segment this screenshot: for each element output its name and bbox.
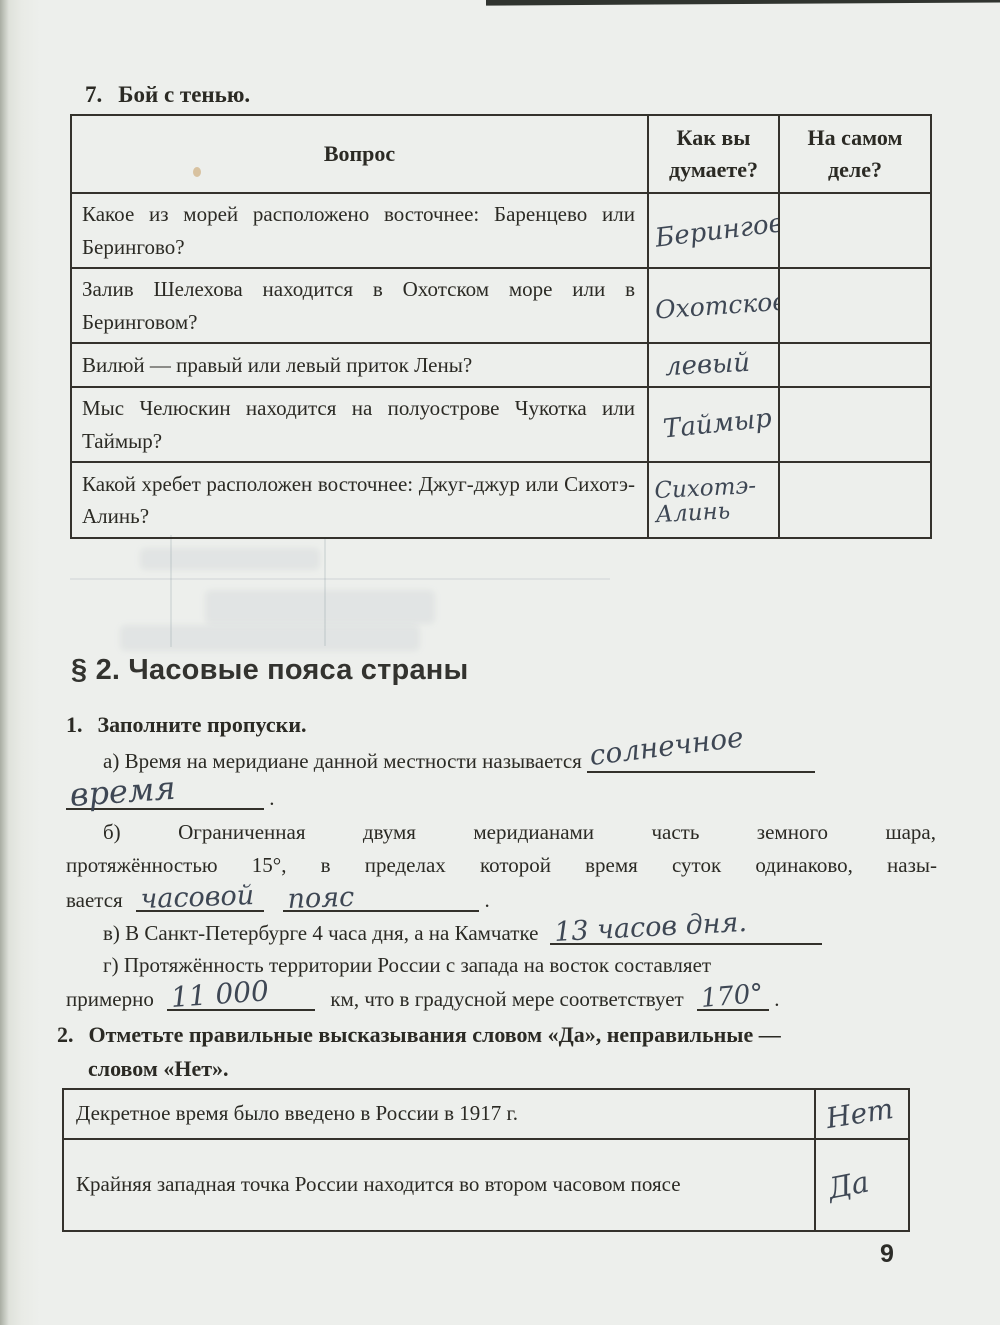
handwritten-answer: Берингово xyxy=(654,208,779,253)
fill-in-b-line3: вается часовой пояс . xyxy=(66,888,490,913)
task2-heading-line1: 2.Отметьте правильные высказывания слово… xyxy=(57,1022,781,1048)
task1-heading: 1.Заполните пропуски. xyxy=(66,712,307,738)
fill-in-g-line2: примерно 11 000 км, что в градусной мере… xyxy=(66,987,779,1012)
task1-number: 1. xyxy=(66,712,83,737)
you-think-answer-cell[interactable]: Берингово xyxy=(648,193,779,268)
bleed-through-line xyxy=(70,578,610,580)
handwritten-fill: 11 000 xyxy=(170,977,270,1012)
handwritten-fill: часовой xyxy=(140,882,255,913)
fill-in-a-prefix: а) Время на меридиане данной местности н… xyxy=(103,749,582,773)
blank-v[interactable]: 13 часов дня. xyxy=(550,922,822,945)
column-header-you-think: Как вы думаете? xyxy=(648,115,779,193)
task2-title-line1: Отметьте правильные высказывания словом … xyxy=(89,1022,781,1047)
fill-in-v-prefix: в) В Санкт-Петербурге 4 часа дня, а на К… xyxy=(103,921,538,945)
column-header-in-fact: На самом деле? xyxy=(779,115,931,193)
bleed-through-line xyxy=(324,538,326,646)
question-cell: Мыс Челюскин находится на полуострове Чу… xyxy=(71,387,648,462)
question-cell: Какое из морей расположено восточнее: Ба… xyxy=(71,193,648,268)
blank-a-continued[interactable]: время xyxy=(66,787,264,810)
table-row: Крайняя западная точка России находится … xyxy=(63,1139,909,1231)
blank-g1[interactable]: 11 000 xyxy=(167,988,315,1011)
you-think-answer-cell[interactable]: Охотское xyxy=(648,268,779,343)
table-row: Какое из морей расположено восточнее: Ба… xyxy=(71,193,931,268)
table-row: Мыс Челюскин находится на полуострове Чу… xyxy=(71,387,931,462)
task1-title: Заполните пропуски. xyxy=(98,712,307,737)
yes-no-answer-cell[interactable]: Нет xyxy=(815,1089,909,1139)
section-2-title: § 2. Часовые пояса страны xyxy=(71,654,468,687)
you-think-answer-cell[interactable]: Сихотэ-Алинь xyxy=(648,462,779,538)
in-fact-answer-cell[interactable] xyxy=(779,387,931,462)
question-cell: Какой хребет расположен восточнее: Джуг-… xyxy=(71,462,648,538)
blank-b1[interactable]: часовой xyxy=(136,889,264,912)
task7-title-text: Бой с тенью. xyxy=(118,82,250,107)
blank-a[interactable]: солнечное xyxy=(587,750,815,773)
bleed-through-smudge xyxy=(205,590,435,624)
fill-in-b-line1: б) Ограниченная двумя меридианами часть … xyxy=(103,820,936,845)
table-row: Какой хребет расположен восточнее: Джуг-… xyxy=(71,462,931,538)
handwritten-answer: Да xyxy=(826,1167,872,1203)
task2-number: 2. xyxy=(57,1022,74,1047)
fill-in-v-line: в) В Санкт-Петербурге 4 часа дня, а на К… xyxy=(103,921,822,946)
fill-in-a-line1: а) Время на меридиане данной местности н… xyxy=(103,749,815,774)
page-edge-shadow xyxy=(0,0,40,1325)
in-fact-answer-cell[interactable] xyxy=(779,462,931,538)
handwritten-answer: Таймыр xyxy=(662,405,773,444)
bleed-through-line xyxy=(170,535,172,647)
handwritten-answer: Нет xyxy=(824,1095,895,1133)
in-fact-answer-cell[interactable] xyxy=(779,343,931,387)
task7-title: 7.Бой с тенью. xyxy=(85,82,250,108)
fill-in-a-period: . xyxy=(269,786,274,810)
handwritten-fill: время xyxy=(69,772,177,811)
you-think-answer-cell[interactable]: левый xyxy=(648,343,779,387)
statement-cell: Крайняя западная точка России находится … xyxy=(63,1139,815,1231)
fill-in-a-line2: время . xyxy=(66,786,275,811)
page-number: 9 xyxy=(880,1240,894,1269)
in-fact-answer-cell[interactable] xyxy=(779,193,931,268)
yes-no-answer-cell[interactable]: Да xyxy=(815,1139,909,1231)
table-header-row: Вопрос Как вы думаете? На самом деле? xyxy=(71,115,931,193)
bleed-through-smudge xyxy=(140,548,320,570)
handwritten-answer: левый xyxy=(664,349,750,381)
question-cell: Залив Шелехова находится в Охотском море… xyxy=(71,268,648,343)
task7-number: 7. xyxy=(85,82,102,107)
fill-in-g-prefix: примерно xyxy=(66,987,154,1011)
table-row: Декретное время было введено в России в … xyxy=(63,1089,909,1139)
statement-cell: Декретное время было введено в России в … xyxy=(63,1089,815,1139)
yes-no-table: Декретное время было введено в России в … xyxy=(62,1088,910,1232)
workbook-page: 7.Бой с тенью. Вопрос Как вы думаете? На… xyxy=(0,0,1000,1325)
fill-in-b-prefix: вается xyxy=(66,888,123,912)
column-header-question: Вопрос xyxy=(71,115,648,193)
handwritten-fill: пояс xyxy=(287,884,355,913)
fill-in-b-period: . xyxy=(484,888,489,912)
task2-heading-line2: словом «Нет». xyxy=(88,1056,229,1082)
handwritten-answer: Сихотэ-Алинь xyxy=(654,473,777,528)
in-fact-answer-cell[interactable] xyxy=(779,268,931,343)
bleed-through-smudge xyxy=(120,625,420,651)
table-row: Вилюй — правый или левый приток Лены? ле… xyxy=(71,343,931,387)
shadow-boxing-table: Вопрос Как вы думаете? На самом деле? Ка… xyxy=(70,114,932,539)
handwritten-fill: 13 часов дня. xyxy=(553,909,747,946)
blank-g2[interactable]: 170° xyxy=(697,988,769,1011)
table-row: Залив Шелехова находится в Охотском море… xyxy=(71,268,931,343)
fill-in-g-mid: км, что в градусной мере соответствует xyxy=(330,987,683,1011)
handwritten-answer: Охотское xyxy=(654,288,779,323)
blank-b2[interactable]: пояс xyxy=(283,889,479,912)
fill-in-g-line1: г) Протяжённость территории России с зап… xyxy=(103,953,711,978)
question-cell: Вилюй — правый или левый приток Лены? xyxy=(71,343,648,387)
fill-in-g-period: . xyxy=(774,987,779,1011)
handwritten-fill: солнечное xyxy=(588,723,745,770)
handwritten-fill: 170° xyxy=(700,981,765,1012)
fill-in-b-line2: протяжённостью 15°, в пределах которой в… xyxy=(66,853,937,878)
scan-top-strip xyxy=(486,0,1000,6)
you-think-answer-cell[interactable]: Таймыр xyxy=(648,387,779,462)
